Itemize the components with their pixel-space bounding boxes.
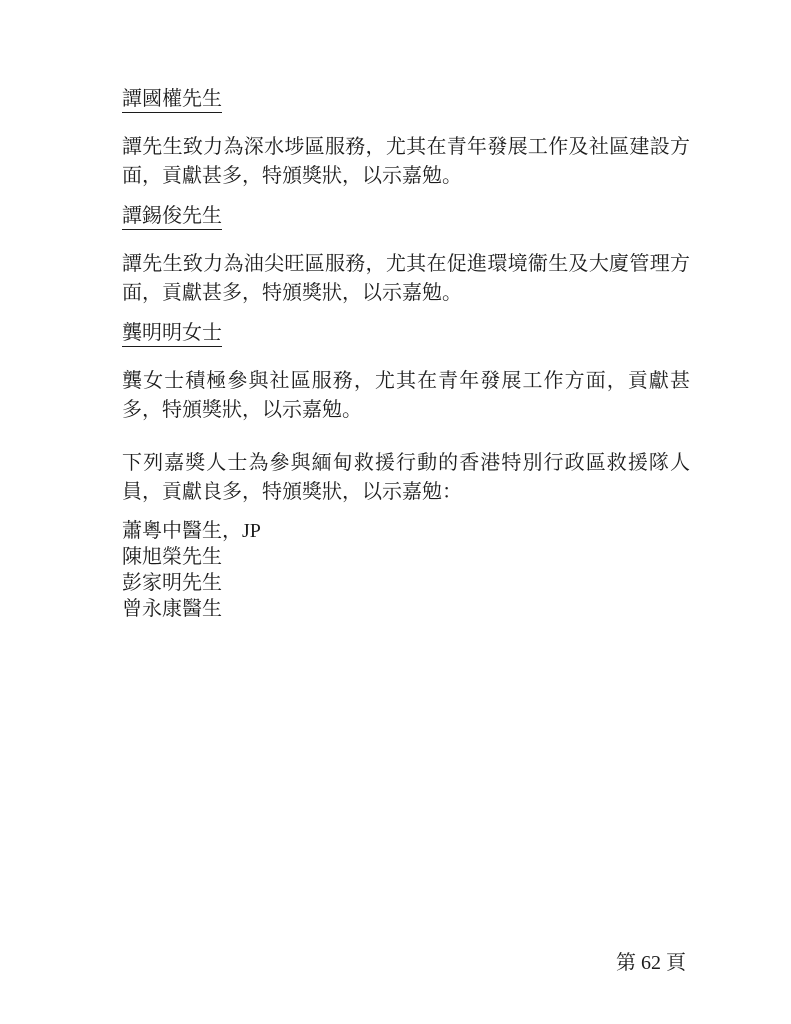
- awardee-heading-text: 龔明明女士: [122, 322, 222, 347]
- awardee-heading-text: 譚國權先生: [122, 88, 222, 113]
- document-content: 譚國權先生 譚先生致力為深水埗區服務，尤其在青年發展工作及社區建設方面，貢獻甚多…: [122, 85, 690, 622]
- awardee-list-item: 彭家明先生: [122, 570, 690, 596]
- document-page: 譚國權先生 譚先生致力為深水埗區服務，尤其在青年發展工作及社區建設方面，貢獻甚多…: [0, 0, 791, 1024]
- citation-paragraph: 譚先生致力為油尖旺區服務，尤其在促進環境衞生及大廈管理方面，貢獻甚多，特頒獎狀，…: [122, 250, 690, 308]
- awardee-list-item: 陳旭榮先生: [122, 544, 690, 570]
- award-section: 譚錫俊先生 譚先生致力為油尖旺區服務，尤其在促進環境衞生及大廈管理方面，貢獻甚多…: [122, 202, 690, 308]
- awardee-heading: 龔明明女士: [122, 319, 690, 348]
- group-intro-paragraph: 下列嘉獎人士為參與緬甸救援行動的香港特別行政區救援隊人員，貢獻良多，特頒獎狀，以…: [122, 449, 690, 507]
- awardee-heading: 譚國權先生: [122, 85, 690, 114]
- awardee-heading-text: 譚錫俊先生: [122, 205, 222, 230]
- awardee-list-item: 曾永康醫生: [122, 596, 690, 622]
- awardee-list-item: 蕭粵中醫生，JP: [122, 518, 690, 544]
- award-section: 譚國權先生 譚先生致力為深水埗區服務，尤其在青年發展工作及社區建設方面，貢獻甚多…: [122, 85, 690, 191]
- citation-paragraph: 譚先生致力為深水埗區服務，尤其在青年發展工作及社區建設方面，貢獻甚多，特頒獎狀，…: [122, 133, 690, 191]
- awardee-list: 蕭粵中醫生，JP 陳旭榮先生 彭家明先生 曾永康醫生: [122, 518, 690, 622]
- citation-paragraph: 龔女士積極參與社區服務，尤其在青年發展工作方面，貢獻甚多，特頒獎狀，以示嘉勉。: [122, 367, 690, 425]
- page-number: 第 62 頁: [616, 949, 686, 978]
- award-section: 龔明明女士 龔女士積極參與社區服務，尤其在青年發展工作方面，貢獻甚多，特頒獎狀，…: [122, 319, 690, 425]
- awardee-heading: 譚錫俊先生: [122, 202, 690, 231]
